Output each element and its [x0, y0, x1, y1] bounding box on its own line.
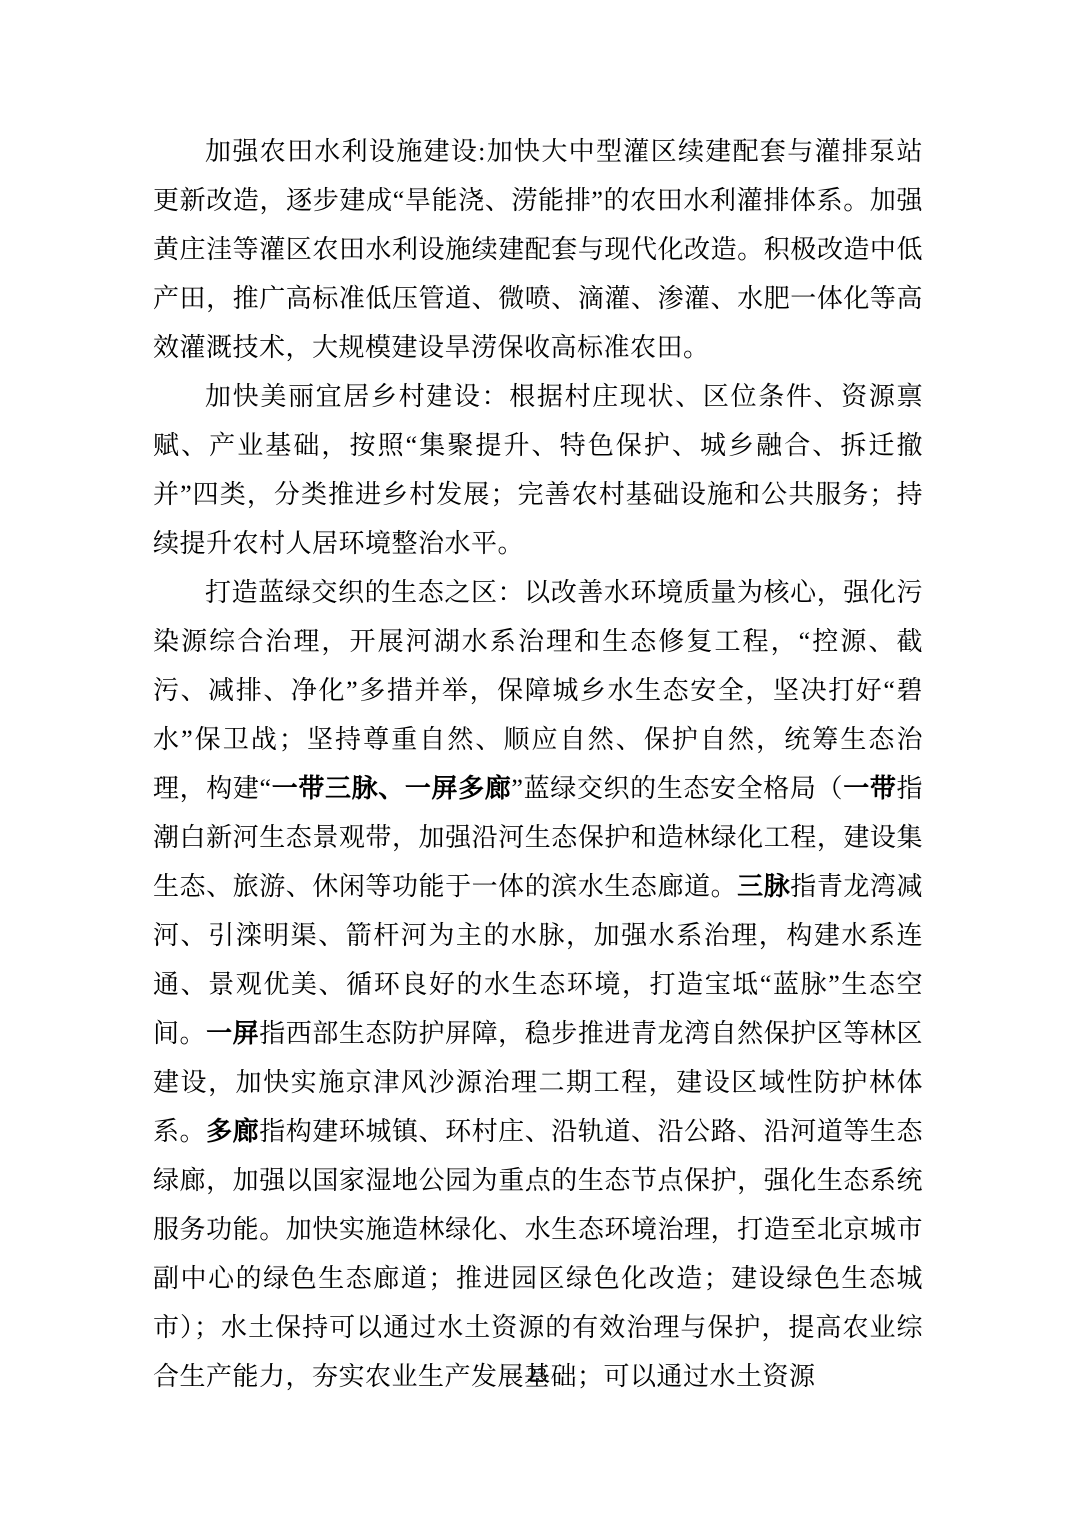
body-text: ”蓝绿交织的生态安全格局（	[511, 774, 843, 803]
body-text: 加强农田水利设施建设:加快大中型灌区续建配套与灌排泵站更新改造，逐步建成“旱能浇…	[153, 137, 923, 362]
page-footer: 23	[0, 1364, 1074, 1387]
paragraph: 加强农田水利设施建设:加快大中型灌区续建配套与灌排泵站更新改造，逐步建成“旱能浇…	[153, 127, 923, 372]
document-body: 加强农田水利设施建设:加快大中型灌区续建配套与灌排泵站更新改造，逐步建成“旱能浇…	[153, 127, 923, 1401]
paragraph: 打造蓝绿交织的生态之区：以改善水环境质量为核心，强化污染源综合治理，开展河湖水系…	[153, 568, 923, 1401]
emphasis-text: 一屏	[206, 1019, 259, 1048]
document-page: 加强农田水利设施建设:加快大中型灌区续建配套与灌排泵站更新改造，逐步建成“旱能浇…	[0, 0, 1074, 1520]
emphasis-text: 多廊	[206, 1117, 259, 1146]
emphasis-text: 一带三脉、一屏多廊	[272, 774, 512, 803]
emphasis-text: 一带	[843, 774, 896, 803]
body-text: 打造蓝绿交织的生态之区：以改善水环境质量为核心，强化污染源综合治理，开展河湖水系…	[153, 578, 923, 803]
paragraph: 加快美丽宜居乡村建设：根据村庄现状、区位条件、资源禀赋、产业基础，按照“集聚提升…	[153, 372, 923, 568]
body-text: 指构建环城镇、环村庄、沿轨道、沿公路、沿河道等生态绿廊，加强以国家湿地公园为重点…	[153, 1117, 923, 1391]
body-text: 加快美丽宜居乡村建设：根据村庄现状、区位条件、资源禀赋、产业基础，按照“集聚提升…	[153, 382, 923, 558]
emphasis-text: 三脉	[737, 872, 790, 901]
page-number: 23	[527, 1364, 547, 1386]
